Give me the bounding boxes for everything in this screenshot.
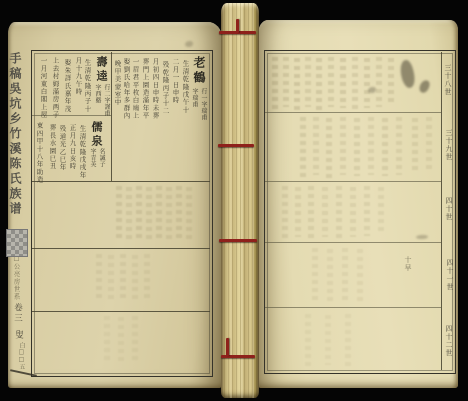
entry3-note-right: 名諴子 <box>98 148 104 168</box>
volume-label: 卷三 <box>13 303 22 324</box>
entry2-note-right: 行二字謹甫 <box>103 84 109 117</box>
right-page-annotation: 十早 <box>404 256 411 272</box>
entry3-col: 葬長水園巳丑 <box>49 124 56 170</box>
margin-small-note: 白□□五 <box>18 342 24 370</box>
generation-label-39: 三十九世 <box>445 129 452 161</box>
generation-label-41: 四十一世 <box>446 259 453 291</box>
book-scan-photo: 老鶴 行一字瑞甫 字瑞甫 生清乾隆戊午十 二月一日申時 殁乾隆丙子十二 月初四日… <box>0 0 468 401</box>
entry2-name: 壽逵 <box>96 56 107 84</box>
entry1-col: 二月一日申時 <box>172 58 179 104</box>
right-page-border-box <box>264 50 456 374</box>
right-margin-divider <box>441 52 442 370</box>
entry3-col: 生清乾隆戊戌年 <box>79 125 86 179</box>
entry1-col: 殁乾隆丙子十二 <box>162 61 169 115</box>
right-row-line-2 <box>265 181 441 182</box>
entry1-col: 葬門上園造滿年平 <box>142 58 149 120</box>
entry2-col: 月十九午時 <box>75 57 82 96</box>
entry1-name: 老鶴 <box>193 56 205 86</box>
entry1-col: 生清乾隆戊午十 <box>182 60 189 114</box>
entry3-note-left: 字青芙 <box>89 148 95 168</box>
entry1-note-left: 字瑞甫 <box>191 88 197 108</box>
entry3-col: 殁道光乙巳年 <box>59 125 66 171</box>
right-row-line-1 <box>265 112 441 113</box>
entry2-col: 上去村姆滿房两子 <box>52 57 59 119</box>
entry1-col: 月初四日申時未葬 <box>152 58 159 120</box>
volume-sub-label: 叟 <box>14 330 23 341</box>
entry2-note-left: 字西谿 <box>94 84 100 104</box>
generation-label-38: 三十八世 <box>444 64 451 96</box>
entry3-col: 東四甲十八年助造 <box>36 122 43 184</box>
entry2-col: 生清乾隆丙子十 <box>84 59 91 113</box>
entry3-col: 正月九日亥時 <box>69 124 76 170</box>
stitch-thread-1v <box>236 19 239 33</box>
right-row-line-4 <box>265 307 441 308</box>
right-row-line-3 <box>265 242 441 243</box>
entry2-col: 娶朱詳氏嘉年茂 <box>64 59 71 113</box>
generation-label-42: 四十二世 <box>445 325 452 357</box>
left-row-line-3 <box>32 311 210 312</box>
stitch-thread-4v <box>226 338 229 356</box>
left-row-line-1 <box>32 181 210 182</box>
entry3-name: 儒泉 <box>91 121 102 149</box>
censor-mosaic-block <box>7 230 27 256</box>
entry1-note-right: 行一字瑞甫 <box>200 88 206 121</box>
stitch-thread-3 <box>219 239 257 242</box>
entry2-col: 一月河東白閣上屋 <box>40 57 47 119</box>
entry1-col: 娶劉氏哈年多群內 <box>123 58 130 120</box>
left-entry-divider <box>111 52 112 181</box>
entry1-col: 一眉君平枚白鳩上 <box>132 58 139 120</box>
overlay-title-label: 手稿吳坑乡竹溪陈氏族谱 <box>9 52 21 217</box>
entry1-col: 晚甲美蒙室中 <box>114 60 121 106</box>
left-row-line-2 <box>32 248 210 249</box>
stitch-thread-2 <box>218 144 254 147</box>
generation-label-40: 四十世 <box>445 197 452 221</box>
